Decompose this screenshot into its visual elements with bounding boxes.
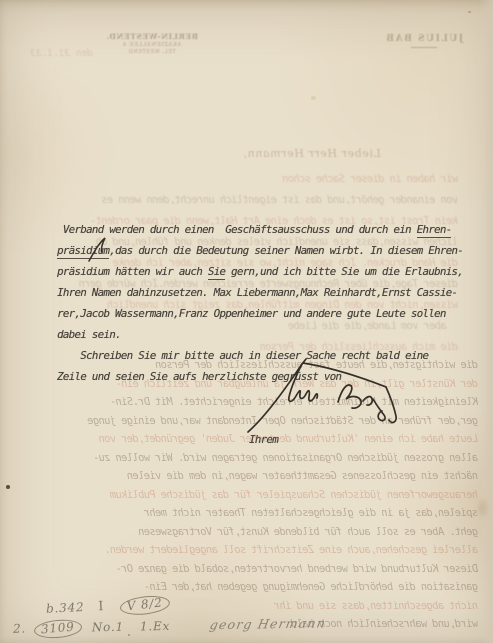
letterhead-name-text: JULIUS BAB bbox=[385, 34, 463, 44]
letter-text-segment: rer,Jacob Wassermann,Franz Oppenheimer u… bbox=[57, 307, 446, 320]
letter-text-segment: Ihren Namen dahinzusetzen. Max Lieberman… bbox=[57, 286, 457, 299]
ink-correction-mark bbox=[86, 236, 112, 264]
salutation-bleedthrough: Lieber Herr Hermann, bbox=[242, 147, 381, 160]
date-bleedthrough: den 31.1.33 bbox=[30, 48, 93, 59]
circled-mark-3109: 3109 bbox=[33, 618, 82, 640]
bleedthrough-line: spielen,das ja in die gleichgeschalteten… bbox=[14, 504, 478, 523]
annotation-ex: 1.Ex bbox=[140, 619, 170, 634]
letterhead-address-bleedthrough: BERLIN-WESTEND. AKAZIENALLEE 4 TEL. WEST… bbox=[96, 32, 208, 55]
annotation-no1: No.1 bbox=[92, 620, 124, 635]
letterhead-street: AKAZIENALLEE 4 bbox=[96, 42, 208, 48]
bleedthrough-line: Dieser Kulturbund wird werbend hervortre… bbox=[14, 560, 478, 579]
letterhead-name-bleedthrough: JULIUS BAB bbox=[381, 34, 467, 48]
letter-line: rer,Jacob Wassermann,Franz Oppenheimer u… bbox=[57, 303, 463, 324]
letter-text-segment: präsidium hätten wir auch bbox=[57, 265, 208, 278]
annotation-recipient-name: georg Hermann bbox=[209, 615, 328, 632]
letter-text-segment: Ehren- bbox=[417, 223, 452, 238]
letter-line: präsidium hätten wir auch Sie gern,und i… bbox=[57, 261, 463, 282]
bleedthrough-line: geht. Aber es soll auch für bildende Kun… bbox=[14, 523, 478, 542]
paper-speck bbox=[6, 485, 10, 489]
letter-scan: BERLIN-WESTEND. AKAZIENALLEE 4 TEL. WEST… bbox=[0, 0, 493, 643]
spacer bbox=[85, 610, 99, 611]
letter-line: präsidium,das durch die Bedeutung seiner… bbox=[57, 240, 463, 261]
pencil-annotation-line2: 2.3109No.11.Exgeorg Hermann bbox=[13, 615, 327, 638]
letter-line: dabei sein. bbox=[57, 324, 463, 345]
letter-text-segment: dabei sein. bbox=[57, 328, 121, 341]
spacer bbox=[104, 609, 120, 610]
letter-text-segment: Verband werden durch einen Geschäftsauss… bbox=[57, 223, 417, 236]
paper-speck bbox=[468, 11, 471, 13]
roman-numeral: I bbox=[98, 599, 105, 614]
bleedthrough-line: allerlei geschehen,auch eine Zeitschrift… bbox=[14, 541, 478, 560]
letter-body: Verband werden durch einen Geschäftsauss… bbox=[57, 177, 463, 492]
signature-julius-bab bbox=[240, 354, 410, 438]
archive-code: b.342 bbox=[46, 600, 85, 616]
letterhead-phone: TEL. WESTEND bbox=[96, 49, 208, 55]
letter-text-segment: ,das durch die Bedeutung seiner Namen wi… bbox=[109, 244, 463, 257]
letter-text-segment: gern,und ich bitte Sie um die Erlaubnis, bbox=[225, 265, 463, 278]
letter-line: Ihren Namen dahinzusetzen. Max Lieberman… bbox=[57, 282, 463, 303]
letterhead-rule bbox=[411, 47, 437, 48]
paper-stain bbox=[311, 96, 316, 100]
letter-text-segment: Sie bbox=[208, 265, 225, 280]
letterhead-city: BERLIN-WESTEND. bbox=[96, 32, 208, 41]
bleedthrough-line: ganisation die behördliche Genehmigung g… bbox=[14, 578, 478, 597]
paper-edge bbox=[479, 0, 493, 643]
annotation-number: 2. bbox=[13, 622, 26, 636]
spacer bbox=[170, 629, 210, 630]
letter-line: Verband werden durch einen Geschäftsauss… bbox=[57, 219, 463, 240]
